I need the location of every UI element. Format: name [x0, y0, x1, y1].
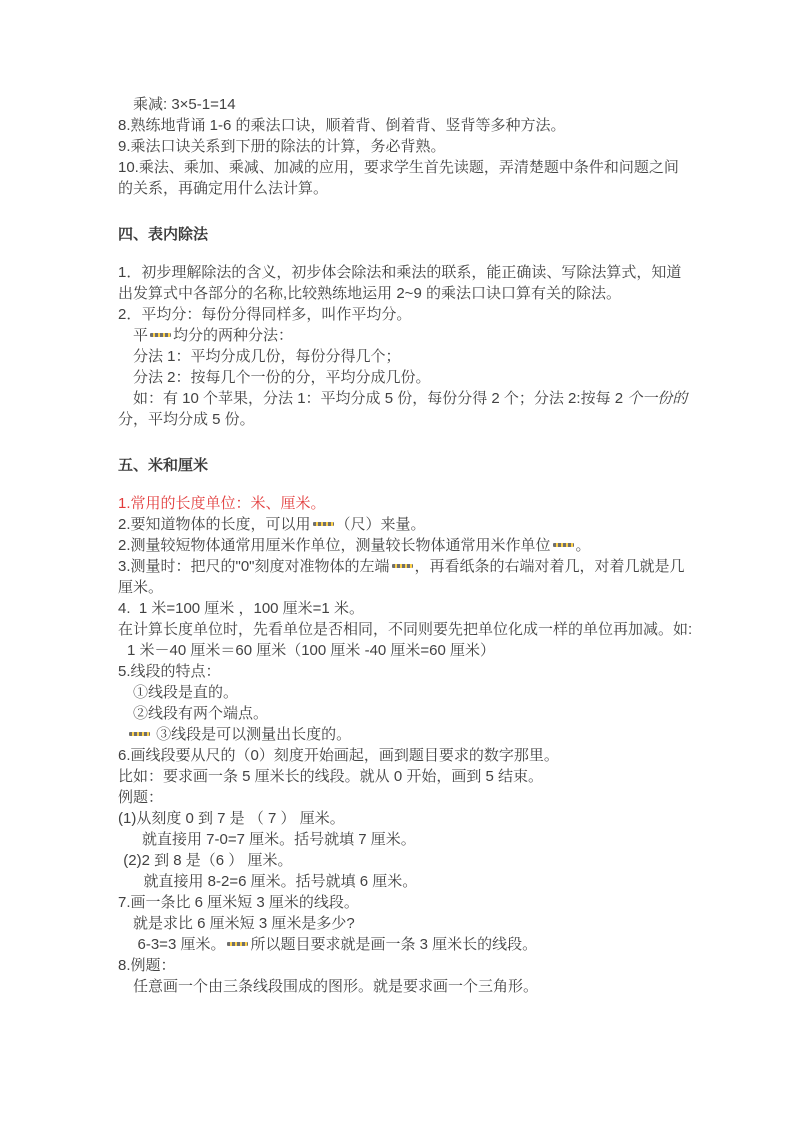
text-span: 3.测量时：把尺的"0"刻度对准物体的左端	[118, 558, 390, 575]
text-line: 乘减: 3×5-1=14	[118, 94, 690, 115]
text-line: 在计算长度单位时，先看单位是否相同，不同则要先把单位化成一样的单位再加减。如:	[118, 619, 690, 640]
text-span: 均分的两种分法：	[173, 327, 293, 344]
text-span: 四、表内除法	[118, 226, 208, 243]
text-span: 7.画一条比 6 厘米短 3 厘米的线段。	[118, 894, 359, 911]
text-span: 。	[576, 537, 591, 554]
text-line: ①线段是直的。	[118, 682, 690, 703]
text-span: 在计算长度单位时，先看单位是否相同，不同则要先把单位化成一样的单位再加减。如:	[118, 621, 692, 638]
text-span: 分法 2：按每几个一份的分，平均分成几份。	[133, 369, 431, 386]
text-line: 5.线段的特点：	[118, 661, 690, 682]
text-span: (2)2 到 8 是（6 ） 厘米。	[123, 852, 292, 869]
text-line: 2.测量较短物体通常用厘米作单位，测量较长物体通常用米作单位。	[118, 535, 690, 556]
text-line: 比如：要求画一条 5 厘米长的线段。就从 0 开始，画到 5 结束。	[118, 766, 690, 787]
text-span: 乘减: 3×5-1=14	[133, 96, 236, 113]
text-line: 1 米－40 厘米＝60 厘米（100 厘米 -40 厘米=60 厘米）	[118, 640, 690, 661]
document-page: 乘减: 3×5-1=148.熟练地背诵 1-6 的乘法口诀，顺着背、倒着背、竖背…	[0, 0, 793, 1122]
text-span: 2．平均分：每份分得同样多，叫作平均分。	[118, 306, 411, 323]
text-line: 如：有 10 个苹果，分法 1：平均分成 5 份，每份分得 2 个；分法 2:按…	[118, 388, 690, 409]
revision-mark-icon	[553, 543, 574, 547]
text-line: 的关系，再确定用什么法计算。	[118, 178, 690, 199]
text-span: ③线段是可以测量出长度的。	[152, 726, 351, 743]
text-line: 就直接用 8-2=6 厘米。括号就填 6 厘米。	[118, 871, 690, 892]
document-body: 乘减: 3×5-1=148.熟练地背诵 1-6 的乘法口诀，顺着背、倒着背、竖背…	[118, 94, 690, 997]
text-span: (1)从刻度 0 到 7 是 （ 7 ） 厘米。	[118, 810, 345, 827]
text-line: ③线段是可以测量出长度的。	[118, 724, 690, 745]
text-line: 例题：	[118, 787, 690, 808]
revision-mark-icon	[150, 333, 171, 337]
text-line: 2．平均分：每份分得同样多，叫作平均分。	[118, 304, 690, 325]
text-line: 厘米。	[118, 577, 690, 598]
text-span: 的关系，再确定用什么法计算。	[118, 180, 328, 197]
text-span: 8.熟练地背诵 1-6 的乘法口诀，顺着背、倒着背、竖背等多种方法。	[118, 117, 566, 134]
revision-mark-icon	[129, 732, 150, 736]
text-line: 9.乘法口诀关系到下册的除法的计算，务必背熟。	[118, 136, 690, 157]
text-span: 出发算式中各部分的名称,比较熟练地运用 2~9 的乘法口诀口算有关的除法。	[118, 285, 621, 302]
text-line: 任意画一个由三条线段围成的图形。就是要求画一个三角形。	[118, 976, 690, 997]
revision-mark-icon	[227, 942, 248, 946]
text-span: 平	[133, 327, 148, 344]
text-span: 1.常用的长度单位：米、厘米。	[118, 495, 326, 512]
text-span: 6-3=3 厘米。	[138, 936, 226, 953]
text-span: 个一份的	[627, 390, 687, 407]
text-span: 就直接用 8-2=6 厘米。括号就填 6 厘米。	[144, 873, 418, 890]
text-span: 任意画一个由三条线段围成的图形。就是要求画一个三角形。	[133, 978, 538, 995]
text-span: 分法 1：平均分成几份，每份分得几个；	[133, 348, 401, 365]
text-span: ①线段是直的。	[133, 684, 238, 701]
text-span: 五、米和厘米	[118, 457, 208, 474]
text-line: 分，平均分成 5 份。	[118, 409, 690, 430]
text-line: (2)2 到 8 是（6 ） 厘米。	[118, 850, 690, 871]
section-heading-meters: 五、米和厘米	[118, 455, 690, 476]
text-line: 8.熟练地背诵 1-6 的乘法口诀，顺着背、倒着背、竖背等多种方法。	[118, 115, 690, 136]
text-line: 3.测量时：把尺的"0"刻度对准物体的左端，再看纸条的右端对着几，对着几就是几	[118, 556, 690, 577]
revision-mark-icon	[313, 522, 334, 526]
text-line: 7.画一条比 6 厘米短 3 厘米的线段。	[118, 892, 690, 913]
text-line: (1)从刻度 0 到 7 是 （ 7 ） 厘米。	[118, 808, 690, 829]
text-line: 1．初步理解除法的含义，初步体会除法和乘法的联系，能正确读、写除法算式，知道	[118, 262, 690, 283]
text-line: 平均分的两种分法：	[118, 325, 690, 346]
text-line: 就是求比 6 厘米短 3 厘米是多少?	[118, 913, 690, 934]
text-span: 1 米－40 厘米＝60 厘米（100 厘米 -40 厘米=60 厘米）	[127, 642, 495, 659]
text-span: 如：有 10 个苹果，分法 1：平均分成 5 份，每份分得 2 个；分法 2:按…	[133, 390, 627, 407]
text-span: （尺）来量。	[336, 516, 426, 533]
text-span: 8.例题：	[118, 957, 176, 974]
text-span: 4. 1 米=100 厘米 ，100 厘米=1 米。	[118, 600, 364, 617]
section-heading-division: 四、表内除法	[118, 224, 690, 245]
text-line: 10.乘法、乘加、乘减、加减的应用，要求学生首先读题，弄清楚题中条件和问题之间	[118, 157, 690, 178]
text-line: 出发算式中各部分的名称,比较熟练地运用 2~9 的乘法口诀口算有关的除法。	[118, 283, 690, 304]
text-span: 就是求比 6 厘米短 3 厘米是多少?	[133, 915, 355, 932]
text-span: 厘米。	[118, 579, 163, 596]
text-line: 4. 1 米=100 厘米 ，100 厘米=1 米。	[118, 598, 690, 619]
text-line: 6-3=3 厘米。所以题目要求就是画一条 3 厘米长的线段。	[118, 934, 690, 955]
text-span: 1．初步理解除法的含义，初步体会除法和乘法的联系，能正确读、写除法算式，知道	[118, 264, 681, 281]
text-line: 6.画线段要从尺的（0）刻度开始画起，画到题目要求的数字那里。	[118, 745, 690, 766]
text-span: 例题：	[118, 789, 163, 806]
text-line: 8.例题：	[118, 955, 690, 976]
text-span: 所以题目要求就是画一条 3 厘米长的线段。	[250, 936, 537, 953]
text-span: 6.画线段要从尺的（0）刻度开始画起，画到题目要求的数字那里。	[118, 747, 559, 764]
text-span: 9.乘法口诀关系到下册的除法的计算，务必背熟。	[118, 138, 446, 155]
text-span: 2.要知道物体的长度，可以用	[118, 516, 311, 533]
text-span: ，再看纸条的右端对着几，对着几就是几	[415, 558, 685, 575]
text-line: 就直接用 7-0=7 厘米。括号就填 7 厘米。	[118, 829, 690, 850]
text-span: 分，平均分成 5 份。	[118, 411, 255, 428]
text-line: 分法 2：按每几个一份的分，平均分成几份。	[118, 367, 690, 388]
text-span: 2.测量较短物体通常用厘米作单位，测量较长物体通常用米作单位	[118, 537, 551, 554]
text-span: 比如：要求画一条 5 厘米长的线段。就从 0 开始，画到 5 结束。	[118, 768, 543, 785]
text-line: 分法 1：平均分成几份，每份分得几个；	[118, 346, 690, 367]
text-span: 就直接用 7-0=7 厘米。括号就填 7 厘米。	[142, 831, 416, 848]
text-span: ②线段有两个端点。	[133, 705, 268, 722]
text-span: 5.线段的特点：	[118, 663, 221, 680]
text-line: 2.要知道物体的长度，可以用（尺）来量。	[118, 514, 690, 535]
text-line: ②线段有两个端点。	[118, 703, 690, 724]
highlighted-red-line: 1.常用的长度单位：米、厘米。	[118, 493, 690, 514]
revision-mark-icon	[392, 564, 413, 568]
text-span: 10.乘法、乘加、乘减、加减的应用，要求学生首先读题，弄清楚题中条件和问题之间	[118, 159, 679, 176]
